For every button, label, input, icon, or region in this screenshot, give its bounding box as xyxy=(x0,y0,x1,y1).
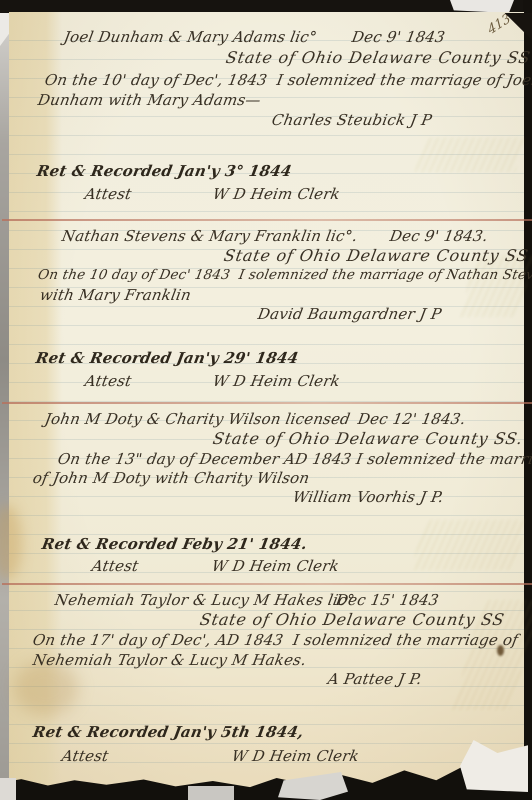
entry-officiant-signature: David Baumgardner J P xyxy=(257,306,443,323)
entry-clerk-signature: W D Heim Clerk xyxy=(212,373,342,390)
entry-recorded-line: Ret & Recorded Feby 21' 1844. xyxy=(41,536,309,553)
entry-body-line-1: On the 10' day of Dec', 1843 I solemnize… xyxy=(44,72,532,89)
entry-jurisdiction: State of Ohio Delaware County SS xyxy=(222,247,530,265)
entry-jurisdiction: State of Ohio Delaware County SS. xyxy=(211,430,524,448)
entry-attest-label: Attest xyxy=(84,373,133,390)
entry-body-line-2: Dunham with Mary Adams— xyxy=(37,92,263,109)
scan-left-edge xyxy=(0,0,9,800)
ledger-paper xyxy=(9,12,524,800)
entry-recorded-line: Ret & Recorded Jan'y 29' 1844 xyxy=(35,350,300,367)
entry-body-line-1: On the 13" day of December AD 1843 I sol… xyxy=(57,451,532,468)
entry-attest-label: Attest xyxy=(91,558,140,575)
ink-bleed-through xyxy=(411,520,527,570)
torn-paper-bit xyxy=(188,786,234,800)
section-divider-rule xyxy=(2,219,532,221)
entry-officiant-signature: Charles Steubick J P xyxy=(271,112,434,129)
entry-recorded-line: Ret & Recorded Jan'y 5th 1844, xyxy=(32,724,305,741)
ink-bleed-through xyxy=(415,138,525,172)
section-divider-rule xyxy=(2,402,532,404)
entry-license-date: Dec 9' 1843. xyxy=(389,228,490,245)
entry-attest-label: Attest xyxy=(84,186,133,203)
entry-body-line-2: Nehemiah Taylor & Lucy M Hakes. xyxy=(32,652,308,669)
entry-body-line-1: On the 17' day of Dec', AD 1843 I solemn… xyxy=(32,632,520,649)
scan-right-edge xyxy=(523,0,532,800)
entry-parties: Joel Dunham & Mary Adams lic° xyxy=(63,29,319,46)
entry-license-date: Dec 9' 1843 xyxy=(351,29,447,46)
scanned-marriage-record-page: 413 Joel Dunham & Mary Adams lic° Dec 9'… xyxy=(0,0,532,800)
entry-body-line-2: with Mary Franklin xyxy=(39,287,193,304)
entry-license-date: Dec 12' 1843. xyxy=(357,411,468,428)
aging-vignette xyxy=(9,12,524,800)
entry-parties: Nehemiah Taylor & Lucy M Hakes lic° xyxy=(54,592,356,609)
entry-clerk-signature: W D Heim Clerk xyxy=(212,186,342,203)
entry-body-line-2: of John M Doty with Charity Wilson xyxy=(32,470,311,487)
entry-officiant-signature: William Voorhis J P. xyxy=(292,489,445,506)
torn-paper-bit xyxy=(0,778,16,800)
entry-recorded-line: Ret & Recorded Jan'y 3° 1844 xyxy=(36,163,293,180)
section-divider-rule xyxy=(2,583,532,585)
entry-jurisdiction: State of Ohio Delaware County SS xyxy=(198,611,506,629)
entry-jurisdiction: State of Ohio Delaware County SS xyxy=(224,49,532,67)
entry-parties: John M Doty & Charity Wilson licensed xyxy=(44,411,352,428)
entry-body-line-1: On the 10 day of Dec' 1843 I solemnized … xyxy=(37,268,532,283)
entry-attest-label: Attest xyxy=(61,748,110,765)
entry-license-date: Dec 15' 1843 xyxy=(335,592,441,609)
entry-parties: Nathan Stevens & Mary Franklin lic°. xyxy=(61,228,359,245)
entry-officiant-signature: A Pattee J P. xyxy=(327,671,424,688)
entry-clerk-signature: W D Heim Clerk xyxy=(231,748,361,765)
entry-clerk-signature: W D Heim Clerk xyxy=(211,558,341,575)
